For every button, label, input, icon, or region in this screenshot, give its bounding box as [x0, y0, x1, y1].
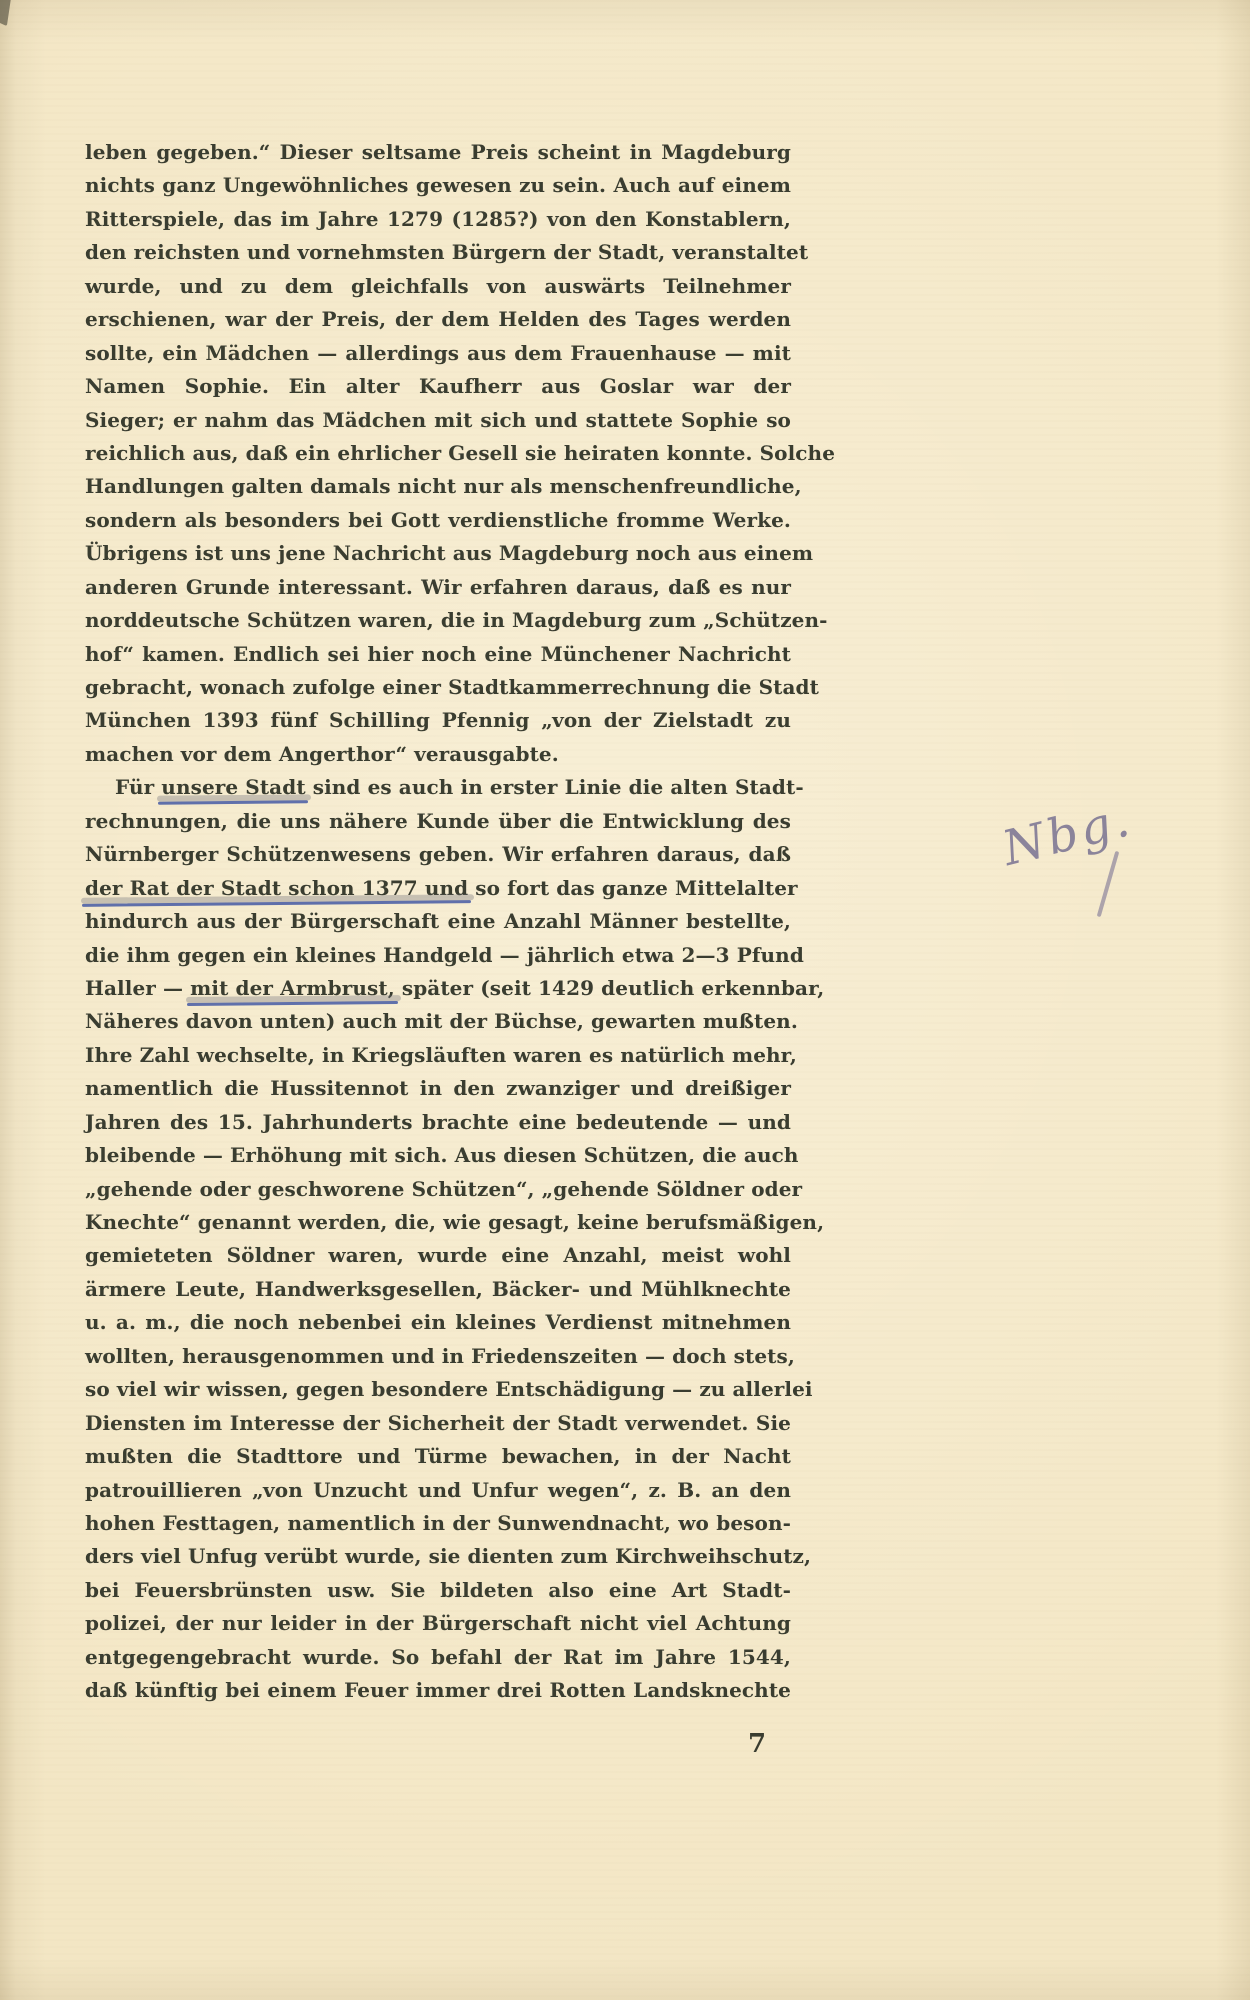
paragraph: Für unsere Stadt sind es auch in erster …: [85, 771, 791, 1707]
text-line: Sieger; er nahm das Mädchen mit sich und…: [85, 404, 791, 437]
text-line: hof“ kamen. Endlich sei hier noch eine M…: [85, 638, 791, 671]
text-line: norddeutsche Schützen waren, die in Magd…: [85, 604, 791, 637]
text-line: hohen Festtagen, namentlich in der Sunwe…: [85, 1507, 791, 1540]
text-line: ärmere Leute, Handwerksgesellen, Bäcker-…: [85, 1273, 791, 1306]
text-line: bei Feuersbrünsten usw. Sie bildeten als…: [85, 1574, 791, 1607]
hand-underline: unsere Stadt: [161, 775, 305, 799]
text-line: erschienen, war der Preis, der dem Helde…: [85, 303, 791, 336]
text-line: leben gegeben.“ Dieser seltsame Preis sc…: [85, 136, 791, 169]
scan-corner-artifact: [0, 0, 11, 26]
text-line: Für unsere Stadt sind es auch in erster …: [85, 771, 791, 804]
paragraph: leben gegeben.“ Dieser seltsame Preis sc…: [85, 136, 791, 771]
page-number: 7: [748, 1729, 766, 1759]
text-line: gebracht, wonach zufolge einer Stadtkamm…: [85, 671, 791, 704]
text-line: daß künftig bei einem Feuer immer drei R…: [85, 1674, 791, 1707]
text-line: entgegengebracht wurde. So befahl der Ra…: [85, 1641, 791, 1674]
text-line: anderen Grunde interessant. Wir erfahren…: [85, 571, 791, 604]
text-line: gemieteten Söldner waren, wurde eine Anz…: [85, 1239, 791, 1272]
hand-underline: mit der Armbrust,: [190, 976, 395, 1000]
text-line: hindurch aus der Bürgerschaft eine Anzah…: [85, 905, 791, 938]
text-line: wollten, herausgenommen und in Friedensz…: [85, 1340, 791, 1373]
text-line: den reichsten und vornehmsten Bürgern de…: [85, 236, 791, 269]
text-line: machen vor dem Angerthor“ verausgabte.: [85, 738, 791, 771]
text-line: patrouillieren „von Unzucht und Unfur we…: [85, 1474, 791, 1507]
text-line: sollte, ein Mädchen — allerdings aus dem…: [85, 337, 791, 370]
text-line: Ihre Zahl wechselte, in Kriegsläuften wa…: [85, 1039, 791, 1072]
text-line: u. a. m., die noch nebenbei ein kleines …: [85, 1306, 791, 1339]
text-line: München 1393 fünf Schilling Pfennig „von…: [85, 704, 791, 737]
text-line: Diensten im Interesse der Sicherheit der…: [85, 1407, 791, 1440]
text-line: mußten die Stadttore und Türme bewachen,…: [85, 1440, 791, 1473]
text-line: ders viel Unfug verübt wurde, sie diente…: [85, 1540, 791, 1573]
hand-underline: der Rat der Stadt schon 1377 und: [85, 876, 468, 900]
text-line: Namen Sophie. Ein alter Kaufherr aus Gos…: [85, 370, 791, 403]
text-line: Nürnberger Schützenwesens geben. Wir erf…: [85, 838, 791, 871]
text-line: bleibende — Erhöhung mit sich. Aus diese…: [85, 1139, 791, 1172]
margin-note-flourish: [1097, 851, 1120, 917]
text-line: nichts ganz Ungewöhnliches gewesen zu se…: [85, 169, 791, 202]
text-line: Ritterspiele, das im Jahre 1279 (1285?) …: [85, 203, 791, 236]
text-line: wurde, und zu dem gleichfalls von auswär…: [85, 270, 791, 303]
text-line: die ihm gegen ein kleines Handgeld — jäh…: [85, 939, 791, 972]
text-line: polizei, der nur leider in der Bürgersch…: [85, 1607, 791, 1640]
text-line: Übrigens ist uns jene Nachricht aus Magd…: [85, 537, 791, 570]
text-line: Haller — mit der Armbrust, später (seit …: [85, 972, 791, 1005]
body-text: leben gegeben.“ Dieser seltsame Preis sc…: [85, 136, 791, 1708]
text-line: rechnungen, die uns nähere Kunde über di…: [85, 805, 791, 838]
text-line: der Rat der Stadt schon 1377 und so fort…: [85, 872, 791, 905]
text-line: Jahren des 15. Jahrhunderts brachte eine…: [85, 1106, 791, 1139]
handwritten-margin-note: Nbg.: [997, 791, 1137, 877]
text-line: sondern als besonders bei Gott verdienst…: [85, 504, 791, 537]
book-page: leben gegeben.“ Dieser seltsame Preis sc…: [0, 0, 1250, 2000]
text-line: Handlungen galten damals nicht nur als m…: [85, 470, 791, 503]
text-line: Knechte“ genannt werden, die, wie gesagt…: [85, 1206, 791, 1239]
text-line: so viel wir wissen, gegen besondere Ents…: [85, 1373, 791, 1406]
text-line: Näheres davon unten) auch mit der Büchse…: [85, 1005, 791, 1038]
text-line: namentlich die Hussitennot in den zwanzi…: [85, 1072, 791, 1105]
text-line: „gehende oder geschworene Schützen“, „ge…: [85, 1173, 791, 1206]
text-line: reichlich aus, daß ein ehrlicher Gesell …: [85, 437, 791, 470]
